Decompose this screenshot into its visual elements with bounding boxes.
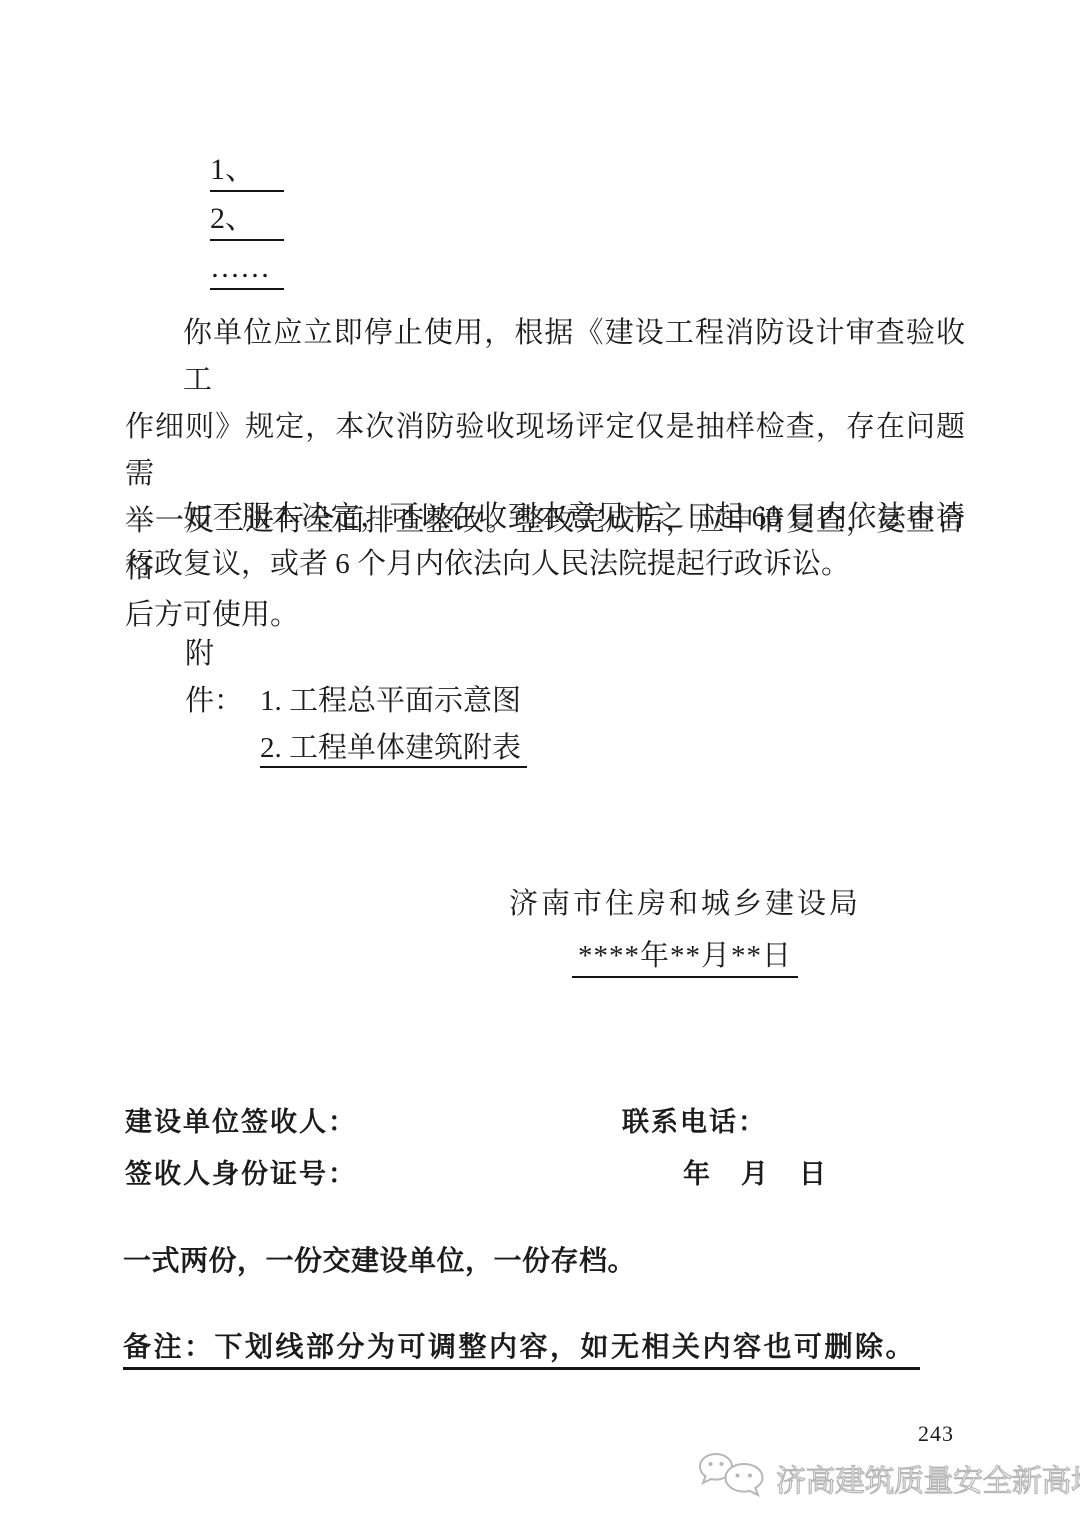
signer-label: 建设单位签收人： [125, 1104, 357, 1140]
paragraph-line: 你单位应立即停止使用，根据《建设工程消防设计审查验收工 [125, 310, 965, 404]
remark-underline: 备注：下划线部分为可调整内容，如无相关内容也可删除。 [123, 1332, 920, 1370]
wechat-icon [694, 1450, 770, 1505]
blank-underline-field: …… [210, 248, 284, 290]
paragraph-line: 行政复议，或者 6 个月内依法向人民法院提起行政诉讼。 [125, 541, 965, 588]
attachment-item-2: 2. 工程单体建筑附表 [260, 732, 527, 768]
blank-numbered-list: 1、 2、 …… [210, 150, 284, 297]
blank-underline-field: 2、 [210, 199, 284, 241]
attachments-block: 附件：1. 工程总平面示意图 2. 工程单体建筑附表 [185, 631, 527, 772]
paragraph-stop-use: 你单位应立即停止使用，根据《建设工程消防设计审查验收工 作细则》规定，本次消防验… [125, 310, 965, 639]
paragraph-legal-appeal: 如不服本决定，可以在收到本意见书之日起 60 日内依法申请 行政复议，或者 6 … [125, 494, 965, 588]
issue-date: ****年**月**日 [450, 938, 920, 974]
remark-note: 备注：下划线部分为可调整内容，如无相关内容也可删除。 [123, 1329, 920, 1367]
sign-date-blanks: 年 月 日 [683, 1156, 828, 1192]
attachment-row: 2. 工程单体建筑附表 [185, 725, 527, 772]
blank-underline-field: 1、 [210, 150, 284, 192]
list-item: 2、 [210, 199, 284, 248]
issuing-authority: 济南市住房和城乡建设局 [450, 886, 920, 922]
paragraph-line: 如不服本决定，可以在收到本意见书之日起 60 日内依法申请 [125, 494, 965, 541]
copies-note: 一式两份，一份交建设单位，一份存档。 [123, 1243, 636, 1281]
id-number-label: 签收人身份证号： [125, 1156, 357, 1192]
phone-label: 联系电话： [622, 1104, 767, 1140]
watermark: 济高建筑质量安全新高地 [694, 1450, 1080, 1505]
attachment-row: 附件：1. 工程总平面示意图 [185, 631, 527, 725]
issue-date-underline: ****年**月**日 [572, 940, 798, 978]
page-number: 243 [918, 1421, 954, 1447]
document-page: 1、 2、 …… 你单位应立即停止使用，根据《建设工程消防设计审查验收工 作细则… [0, 0, 1080, 1527]
list-item: …… [210, 248, 284, 297]
attachments-label: 附件： [185, 631, 260, 725]
watermark-text: 济高建筑质量安全新高地 [776, 1456, 1080, 1500]
attachment-item-1: 1. 工程总平面示意图 [260, 685, 521, 717]
list-item: 1、 [210, 150, 284, 199]
paragraph-line: 作细则》规定，本次消防验收现场评定仅是抽样检查，存在问题需 [125, 404, 965, 498]
